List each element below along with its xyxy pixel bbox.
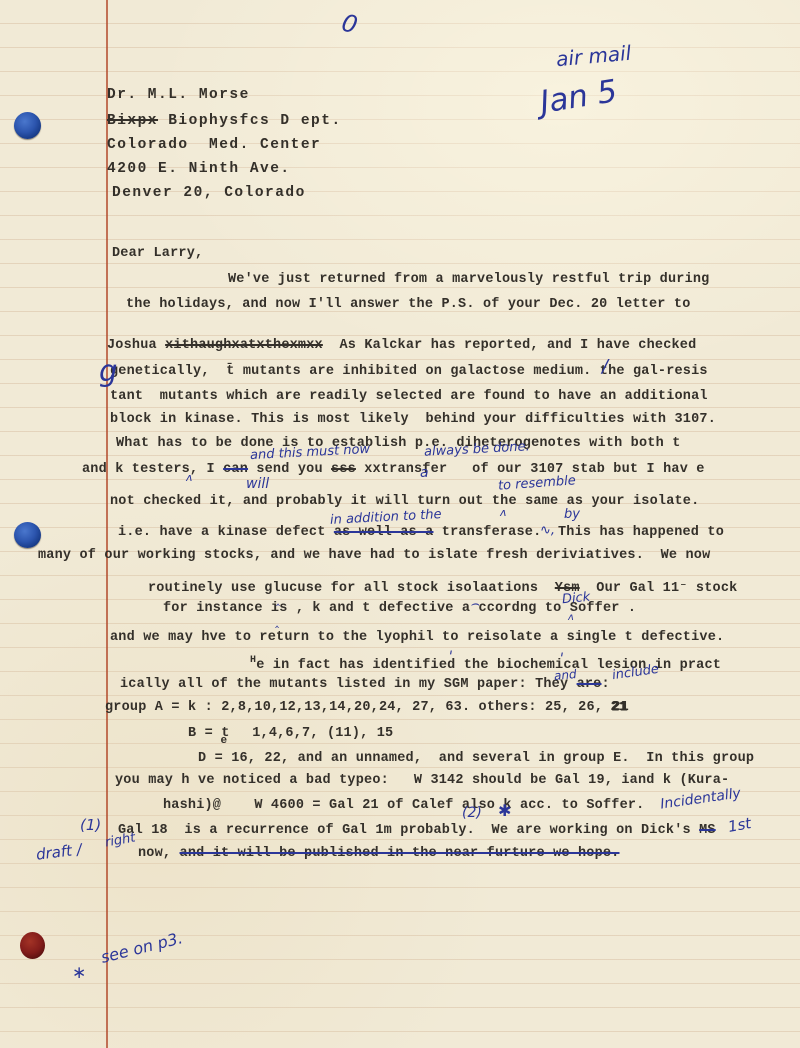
body-line: genetically, t̄ mutants are inhibited on… (110, 364, 708, 379)
red-margin-line (106, 0, 108, 1048)
body-line: group A = k : 2,8,10,12,13,14,20,24, 27,… (105, 700, 628, 715)
body-line: What has to be done is to establish p.e.… (116, 436, 681, 451)
body-line: not checked it, and probably it will tur… (110, 494, 699, 509)
body-line: you may h ve noticed a bad typeo: W 3142… (115, 773, 729, 788)
body-text: Joshua (107, 338, 165, 353)
struck-word: Bixpx (107, 113, 158, 129)
salutation: Dear Larry, (112, 246, 203, 261)
address-line: Colorado Med. Center (107, 138, 321, 153)
struck-word: MS (699, 823, 716, 838)
handwritten-by: by (564, 508, 580, 521)
insertion-caret: ʌ (500, 507, 507, 518)
blue-brad-dot-middle (14, 522, 41, 548)
handwritten-first: 1st (727, 816, 753, 835)
body-text: send you (248, 462, 331, 477)
pen-mark: ‸ (275, 615, 279, 627)
subscript-letter: e (221, 735, 228, 747)
body-line: and k testers, I can send you sss xxtran… (82, 462, 705, 477)
handwritten-will: will (246, 477, 269, 491)
body-line: routinely use glucuse for all stock isol… (148, 581, 737, 596)
body-text: i.e. have a kinase defect (118, 525, 334, 540)
body-line: Joshua xithaughxatxthexmxx As Kalckar ha… (107, 338, 696, 353)
body-line: D = 16, 22, and an unnamed, and several … (198, 751, 754, 766)
body-line: now, and it will be published in the nea… (138, 846, 620, 861)
body-text: As Kalckar has reported, and I have chec… (323, 338, 697, 353)
handwritten-g-overwrite: g (99, 357, 117, 386)
body-line: Gal 18 is a recurrence of Gal 1m probabl… (118, 823, 716, 838)
body-line: many of our working stocks, and we have … (38, 548, 710, 563)
struck-word: can (223, 462, 248, 477)
handwritten-airmail: air mail (555, 43, 632, 69)
address-line: Bixpx Biophysfcs D ept. (107, 114, 342, 129)
address-line: Dr. M.L. Morse (107, 88, 250, 103)
insertion-caret: ʌ (568, 613, 574, 623)
struck-word: xithaughxatxthexmxx (165, 338, 323, 353)
body-line: i.e. have a kinase defect as well as a t… (118, 525, 724, 540)
body-line: B = te 1,4,6,7, (11), 15 (188, 726, 393, 742)
body-line: block in kinase. This is most likely beh… (110, 412, 716, 427)
body-text: ically all of the mutants listed in my S… (120, 677, 577, 692)
overtyped-number: 21 (611, 700, 628, 715)
struck-phrase: and it will be published in the near fur… (180, 846, 620, 861)
struck-word: sss (331, 462, 356, 477)
body-text: 1,4,6,7, (11), 15 (227, 726, 393, 741)
handwritten-dick: Dick (561, 591, 590, 606)
red-brad-dot-bottom (20, 932, 45, 959)
body-line: ically all of the mutants listed in my S… (120, 677, 610, 692)
handwritten-capitalize-slash: / (602, 358, 608, 376)
body-text: now, (138, 846, 180, 861)
handwritten-note-number: (2) (462, 806, 482, 820)
body-text: Our Gal 11⁻ stock (580, 581, 738, 596)
body-text: and k testers, I (82, 462, 223, 477)
address-text: Biophysfcs D ept. (158, 113, 342, 129)
pen-stroke: ꞌ (560, 652, 564, 666)
body-text: Gal 18 is a recurrence of Gal 1m probabl… (118, 823, 699, 838)
body-text: group A = k : 2,8,10,12,13,14,20,24, 27,… (105, 700, 611, 715)
insertion-caret: ʌ (186, 472, 193, 483)
pen-squiggle: ∿, (540, 524, 555, 537)
asterisk-star-mark: ✱ (498, 803, 511, 819)
address-line: Denver 20, Colorado (112, 186, 306, 201)
asterisk-star-mark: ∗ (72, 965, 86, 982)
pen-tie-mark: ⌢ (470, 597, 479, 611)
address-line: 4200 E. Ninth Ave. (107, 162, 291, 177)
body-line: and we may hve to return to the lyophil … (110, 630, 724, 645)
body-line: the holidays, and now I'll answer the P.… (126, 297, 691, 312)
body-line: We've just returned from a marvelously r… (228, 272, 709, 287)
body-line: hashi)@ W 4600 = Gal 21 of Calef also k … (163, 798, 644, 813)
struck-word: are (577, 677, 602, 692)
body-text: transferase. This has happened to (433, 525, 724, 540)
body-line: tant mutants which are readily selected … (110, 389, 708, 404)
body-text: routinely use glucuse for all stock isol… (148, 581, 555, 596)
body-text: : (601, 677, 609, 692)
body-text: xxtransfer of our 3107 stab but I hav e (356, 462, 705, 477)
struck-phrase: as well as a (334, 525, 434, 540)
handwritten-and: and (554, 668, 578, 682)
pen-mark: ‸ (276, 593, 280, 605)
handwritten-note-number: (1) (80, 818, 101, 833)
blue-brad-dot-top (14, 112, 41, 139)
pen-stroke: ꞌ (449, 650, 453, 664)
scanned-letter-page: { "page": { "paper_color": "#f1ead6", "r… (0, 0, 800, 1048)
handwritten-insert-a: a (420, 466, 429, 480)
